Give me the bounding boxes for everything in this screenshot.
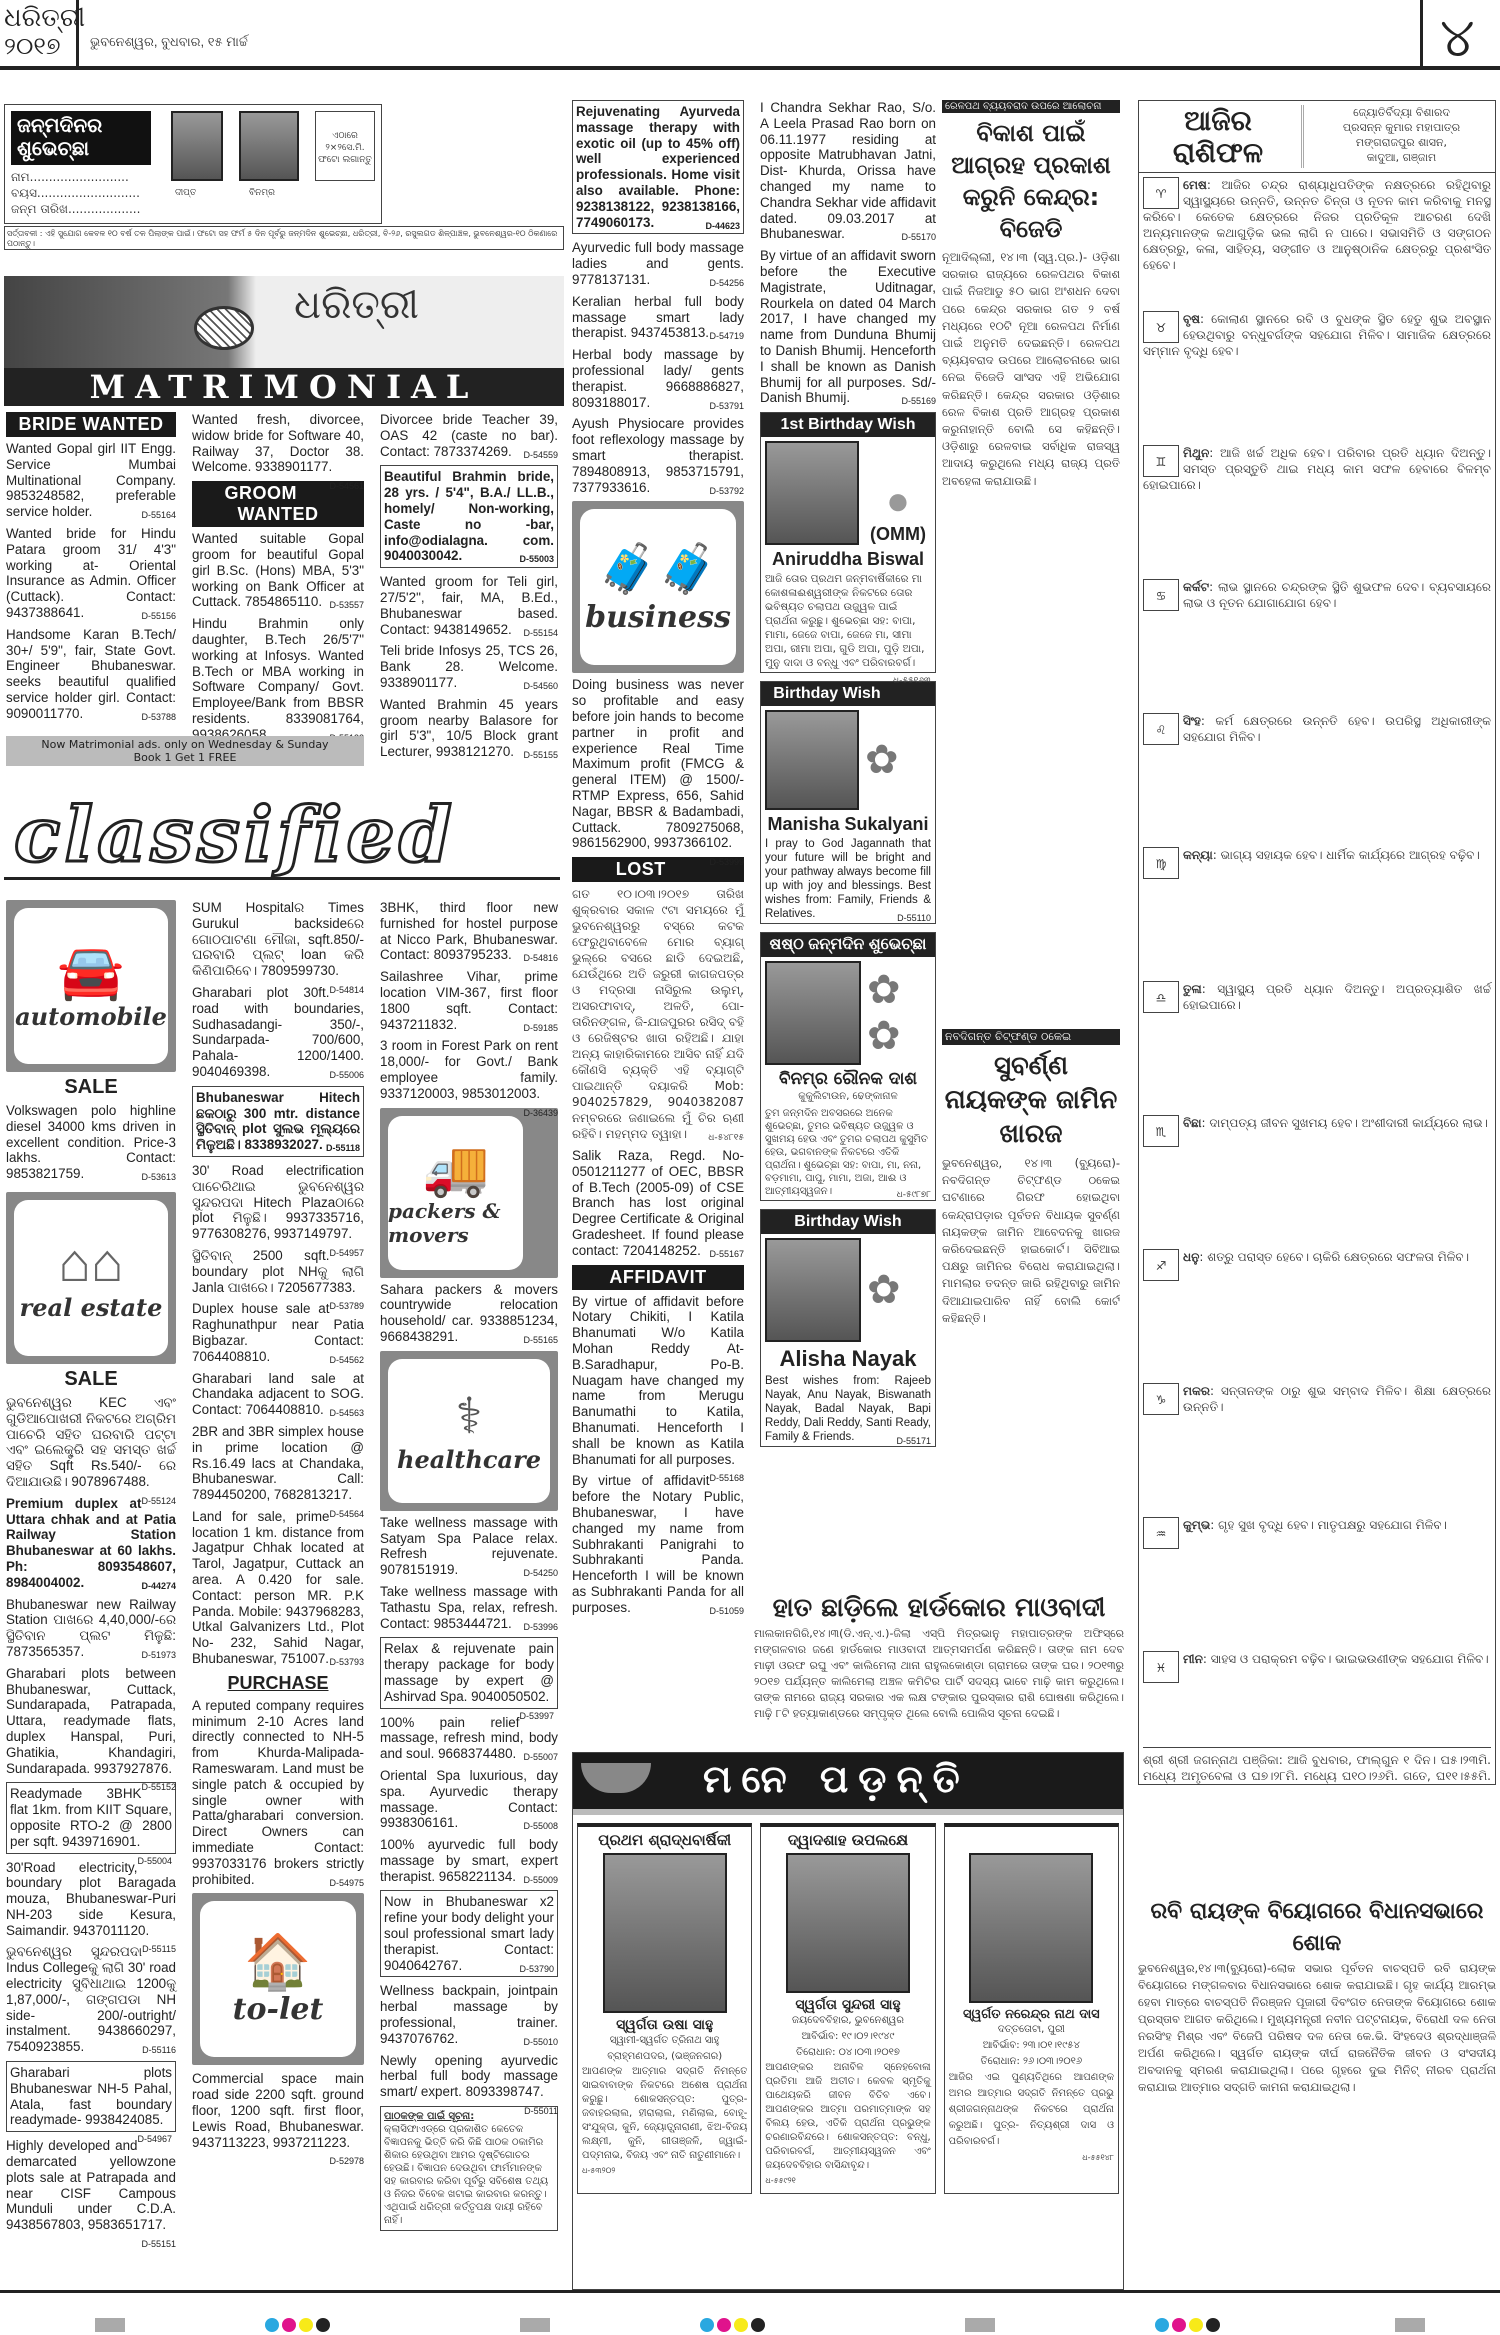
story-headline: ରବି ରାୟଙ୍କ ବିୟୋଗରେ ବିଧାନସଭାରେ ଶୋକ [1138,1896,1496,1960]
horoscope-sign: ♒କୁମ୍ଭ: ଗୃହ ସୁଖ ବୃଦ୍ଧି ହେବ। ମାତୃପକ୍ଷରୁ ସ… [1143,1517,1491,1645]
classified-ad-boxed: Relax & rejuvenate pain therapy package … [380,1637,558,1708]
classified-ad: Wanted Brahmin 45 years groom nearby Bal… [380,697,558,760]
healthcare-card: ⚕ healthcare [380,1351,558,1511]
classified-ad-boxed: Now in Bhubaneswar x2 refine your body d… [380,1890,558,1977]
obituary-card: ସ୍ୱର୍ଗତ ନରେନ୍ଦ୍ର ନାଥ ଦାସ ଦତ୍ତତୋଟା, ପୁରୀ … [944,1823,1119,2194]
classified-ad: Highly developed and demarcated yellowzo… [6,2138,176,2233]
registration-mark [95,2318,125,2332]
horoscope-sign: ♊ମିଥୁନ: ଆଜି ଖର୍ଚ୍ଚ ଅଧିକ ହେବ। ପରିବାର ପ୍ରତ… [1143,445,1491,573]
zodiac-icon: ♑ [1143,1383,1179,1415]
zodiac-icon: ♌ [1143,713,1179,745]
sale-heading: SALE [6,1076,176,1099]
classified-ad: Doing business was never so profitable a… [572,677,744,851]
classified-ad: Wanted bride for Hindu Patara groom 31/ … [6,526,176,621]
dateline: ଭୁବନେଶ୍ୱର, ବୁଧବାର, ୧୫ ମାର୍ଚ୍ଚ [90,34,248,50]
houses-icon: ⌂⌂ [58,1233,123,1293]
classified-ad: 3BHK, third floor new furnished for host… [380,900,558,963]
classified-ad: 2BR and 3BR simplex house in prime locat… [192,1424,364,1503]
zodiac-icon: ♐ [1143,1249,1179,1281]
classified-ad: Sahara packers & movers countrywide relo… [380,1282,558,1345]
classified-ad: Land for sale, prime location 1 km. dist… [192,1509,364,1667]
birthday-form-note: ସର୍ତ୍ତାବଳୀ : ଏହି ସୁଯୋଗ କେବଳ ୧୦ ବର୍ଷ ତଳ ପ… [4,226,564,250]
horoscope-sign: ♓ମୀନ: ସାହସ ଓ ପରାକ୍ରମ ବଢ଼ିବ। ଭାଇଭଉଣୀଙ୍କ ସ… [1143,1651,1491,1741]
news-col: ରେଳପଥ ବ୍ୟୟବରାଦ ଉପରେ ଆଲୋଚନା ବିକାଶ ପାଇଁ ଆଗ… [942,100,1120,1575]
classified-ad: Wanted fresh, divorcee, widow bride for … [192,412,364,475]
story-kicker: ନବଦିଗନ୍ତ ଚିଟ୍‌ଫଣ୍ଡ ଠକେଇ [942,1029,1120,1045]
horoscope-sign: ♈ମେଷ: ଆଜିର ଚନ୍ଦ୍ର ରାଶ୍ୟାଧିପତିଙ୍କ ନକ୍ଷତ୍ର… [1143,177,1491,305]
classified-ad: Divorcee bride Teacher 39, OAS 42 (caste… [380,412,558,459]
classified-ad: Keralian herbal full body massage smart … [572,294,744,341]
wishes-col: I Chandra Sekhar Rao, S/o. A Leela Prasa… [760,100,936,1448]
matrimonial-col-1: BRIDE WANTED Wanted Gopal girl IIT Engg.… [6,412,176,728]
registration-mark [1395,2318,1425,2332]
horoscope-sign: ♍କନ୍ୟା: ଭାଗ୍ୟ ସହାୟକ ହେବ। ଧାର୍ମିକ କାର୍ଯ୍ୟ… [1143,847,1491,975]
classified-ad: Wanted groom for Teli girl, 27/5'2", fai… [380,574,558,637]
cmyk-dots [265,2318,333,2335]
truck-icon: 🚚 [422,1139,489,1199]
horoscope-sign: ♉ବୃଷ: କୋଲାଣ ସ୍ଥାନରେ ରବି ଓ ବୁଧଙ୍କ ସ୍ଥିତ ହ… [1143,311,1491,439]
matrimonial-banner: ଧରିତ୍ରୀ MATRIMONIAL [4,276,564,406]
panjika: ଶ୍ରୀ ଶ୍ରୀ ଜଗନ୍ନାଥ ପଞ୍ଜିକା: ଆଜି ବୁଧବାର, ଫ… [1143,1747,1491,1785]
page-header: ଧରିତ୍ରୀ ୨୦୧୭ ଭୁବନେଶ୍ୱର, ବୁଧବାର, ୧୫ ମାର୍ଚ… [0,0,1500,70]
classified-ad: Take wellness massage with Satyam Spa Pa… [380,1515,558,1578]
reader-notice: ପାଠକଙ୍କ ପାଇଁ ସୂଚନା: କ୍ଲାସିଫାଏଡ୍‌ରେ ପ୍ରକା… [380,2106,558,2231]
form-field-dob[interactable]: ଜନ୍ମ ତାରିଖ................... [11,201,375,217]
zodiac-icon: ♈ [1143,177,1179,209]
obituary-section: ମନେ ପଡ଼ନ୍ତି ପ୍ରଥମ ଶ୍ରାଦ୍ଧବାର୍ଷିକୀ ସ୍ୱର୍ଗ… [572,1752,1124,2290]
birthday-wish-card: Birthday Wish ✿ Alisha Nayak Best wishes… [760,1209,936,1447]
balloon-icon: ● [865,479,931,524]
classified-ad: Herbal body massage by professional lady… [572,347,744,410]
classified-ad: ଭୁବନେଶ୍ୱର ସୁନ୍ଦରପଦା Indus Collegeକୁ ଲାଗି… [6,1944,176,2055]
classified-ad: Ayurvedic full body massage ladies and g… [572,240,744,287]
bride-wanted-header: BRIDE WANTED [6,412,176,437]
classified-ad: Wanted suitable Gopal groom for beautifu… [192,531,364,610]
flower-icon: ✿ [867,1267,901,1313]
cmyk-dots [1155,2318,1223,2335]
sample-photo-1 [171,111,223,181]
memorial-photo [603,1853,727,2013]
packers-card: 🚚 packers & movers [380,1108,558,1278]
zodiac-icon: ♍ [1143,847,1179,879]
zodiac-icon: ♉ [1143,311,1179,343]
automobile-card: 🚘 automobile [6,900,176,1072]
memorial-photo [969,1853,1093,2003]
sale-heading: SALE [6,1368,176,1391]
affidavit-header: AFFIDAVIT [572,1265,744,1290]
bottom-rule [0,2290,1500,2293]
classified-ad: SUM Hospitalର Times Gurukul backsideରେ ଗ… [192,900,364,979]
classified-ad: Commercial space main road side 2200 sqf… [192,2071,364,2150]
zodiac-icon: ♒ [1143,1517,1179,1549]
classified-ad-boxed: Gharabari plots Bhubaneswar NH-5 Pahal, … [6,2061,176,2132]
registration-mark [520,2318,550,2332]
classified-ad: Handsome Karan B.Tech/ 30+/ 5'9", fair, … [6,627,176,722]
zodiac-icon: ♊ [1143,445,1179,477]
classified-ad: Oriental Spa luxurious, day spa. Ayurved… [380,1768,558,1831]
classified-ad: Wanted Gopal girl IIT Engg. Service Mumb… [6,441,176,520]
classified-ad: Wellness backpain, jointpain herbal mass… [380,1983,558,2046]
matrimonial-col-3: Divorcee bride Teacher 39, OAS 42 (caste… [380,412,558,766]
child-photo [765,1238,861,1342]
news-story-maoist: ହାତ ଛାଡ଼ିଲେ ହାର୍ଡକୋର ମାଓବାଦୀ ମାଲକାନଗିରି,… [754,1590,1124,1722]
classified-ad: Gharabari plots between Bhubaneswar, Cut… [6,1666,176,1777]
story-headline: ସୁବର୍ଣ୍ଣ ନାୟକଙ୍କ ଜାମିନ ଖାରଜ [942,1049,1120,1151]
classified-ad: Bhubaneswar new Railway Station ପାଖରେ 4,… [6,1597,176,1660]
story-body: ଭୁବନେଶ୍ୱର,୧୪।୩(ବ୍ୟୁରୋ)-ଲୋକ ସଭାର ପୂର୍ବତନ … [1138,1960,1496,2096]
house-to-let-icon: 🏠 [244,1932,311,1992]
obituary-card: ଦ୍ୱାଦଶାହ ଉପଲକ୍ଷେ ସ୍ୱର୍ଗତା ସୁନ୍ଦରୀ ସାହୁ ଜ… [760,1823,935,2194]
classified-ad-boxed: Beautiful Brahmin bride, 28 yrs. / 5'4",… [380,465,558,568]
classified-ad: By virtue of an affidavit sworn before t… [760,248,936,406]
diya-lamp-icon [581,1763,651,1793]
classified-ad: Take wellness massage with Tathastu Spa,… [380,1584,558,1631]
story-headline: ବିକାଶ ପାଇଁ ଆଗ୍ରହ ପ୍ରକାଶ କରୁନି କେନ୍ଦ୍ର: ବ… [942,117,1120,245]
stethoscope-icon: ⚕ [455,1387,482,1445]
horoscope-sign: ♋କର୍କଟ: ଲାଭ ସ୍ଥାନରେ ଚନ୍ଦ୍ରଙ୍କ ସ୍ଥିତି ଶୁଭ… [1143,579,1491,707]
horoscope-sign: ♐ଧନୁ: ଶତ୍ରୁ ପରାସ୍ତ ହେବେ। ଚାକିରି କ୍ଷେତ୍ରର… [1143,1249,1491,1377]
birthday-form-title: ଜନ୍ମଦିନର ଶୁଭେଚ୍ଛା [11,111,151,165]
classified-ad: I Chandra Sekhar Rao, S/o. A Leela Prasa… [760,100,936,242]
car-icon: 🚘 [57,942,124,1002]
memorial-photo [786,1853,910,1993]
story-body: ନୂଆଦିଲ୍ଲୀ, ୧୪।୩ (ସ୍ୱ.ପ୍ର.)- ଓଡ଼ିଶା ସରକାର… [942,249,1120,1019]
to-let-card: 🏠 to-let [192,1893,364,2065]
horoscope-section: ଆଜିର ରାଶିଫଳ ଜ୍ୟୋତିର୍ବିଦ୍ୟା ବିଶାରଦ ପ୍ରସନ୍… [1138,100,1496,1785]
classified-ad: Teli bride Infosys 25, TCS 26, Bank 28. … [380,643,558,690]
business-card: 🧳🧳 business [572,501,744,673]
sample-photo-2 [239,111,299,181]
obituary-banner: ମନେ ପଡ଼ନ୍ତି [573,1753,1123,1815]
child-photo [765,961,861,1065]
purchase-heading: PURCHASE [192,1673,364,1694]
classified-ad: 3 room in Forest Park on rent 18,000/- f… [380,1038,558,1101]
classified-ad: Hindu Brahmin only daughter, B.Tech 26/5… [192,616,364,742]
news-story-ravi-ray: ରବି ରାୟଙ୍କ ବିୟୋଗରେ ବିଧାନସଭାରେ ଶୋକ ଭୁବନେଶ… [1138,1896,1496,2096]
real-estate-card: ⌂⌂ real estate [6,1192,176,1364]
ads-col-4: Rejuvenating Ayurveda massage therapy wi… [572,100,744,1622]
classified-ad: A reputed company requires minimum 2-10 … [192,1698,364,1888]
story-body: ଭୁବନେଶ୍ୱର, ୧୪।୩ (ବ୍ୟୁରୋ)- ନବଦିଗନ୍ତ ଚିଟ୍‌… [942,1155,1120,1575]
classified-ad: Gharabari plot 30ft. road with boundarie… [192,985,364,1080]
horoscope-sign: ♌ସିଂହ: କର୍ମ କ୍ଷେତ୍ରରେ ଉନ୍ନତି ହେବ। ଉପରିସ୍… [1143,713,1491,841]
zodiac-icon: ♎ [1143,981,1179,1013]
zodiac-icon: ♋ [1143,579,1179,611]
child-photo [765,441,859,545]
cmyk-dots [700,2318,768,2335]
matrimonial-title: MATRIMONIAL [4,368,564,406]
classified-ad-boxed: Bhubaneswar Hitech ଛକଠାରୁ 300 mtr. dista… [192,1086,364,1157]
horoscope-sign: ♎ତୁଳା: ସ୍ୱାସ୍ଥ୍ୟ ପ୍ରତି ଧ୍ୟାନ ଦିଅନ୍ତୁ। ଅପ… [1143,981,1491,1109]
classified-col-1: 🚘 automobile SALE Volkswagen polo highli… [6,900,176,2253]
horoscope-sign: ♑ମକର: ସନ୍ତାନଙ୍କ ଠାରୁ ଶୁଭ ସମ୍ବାଦ ମିଳିବ। ଶ… [1143,1383,1491,1511]
classified-ad: 100% ayurvedic full body massage by smar… [380,1837,558,1884]
page-number: ୪ [1440,6,1475,70]
classified-ad: 30'Road electricity, boundary plot Barag… [6,1860,176,1939]
classified-col-2: SUM Hospitalର Times Gurukul backsideରେ ଗ… [192,900,364,2170]
banner-logo: ଧରିତ୍ରୀ [294,282,419,328]
classified-ad: Salik Raza, Regd. No- 0501211277 of OEC,… [572,1148,744,1259]
horoscope-title: ଆଜିର ରାଶିଫଳ [1143,105,1293,168]
classified-col-3: 3BHK, third floor new furnished for host… [380,900,558,2231]
drum-icon [194,306,254,350]
classified-ad: ଭୁବନେଶ୍ୱର KEC ଏବଂ ଗୁଡିଆପୋଖରୀ ନିକଟରେ ଅଗ୍ର… [6,1395,176,1490]
business-people-icon: 🧳🧳 [598,540,718,600]
flower-icon: ✿✿ [867,967,901,1059]
zodiac-icon: ♏ [1143,1115,1179,1147]
classified-ad: Premium duplex at Uttara chhak and at Pa… [6,1496,176,1591]
horoscope-sign: ♏ବିଛା: ଦାମ୍ପତ୍ୟ ଜୀବନ ସୁଖମୟ ହେବ। ଅଂଶୀଦାରୀ… [1143,1115,1491,1243]
flower-icon: ✿ [865,737,899,783]
story-kicker: ରେଳପଥ ବ୍ୟୟବରାଦ ଉପରେ ଆଲୋଚନା [942,100,1120,113]
obituary-card: ପ୍ରଥମ ଶ୍ରାଦ୍ଧବାର୍ଷିକୀ ସ୍ୱର୍ଗତା ଉଷା ସାହୁ … [577,1823,752,2194]
classified-ad: Gharabari land sale at Chandaka adjacent… [192,1371,364,1418]
matrimonial-col-2: Wanted fresh, divorcee, widow bride for … [192,412,364,749]
classified-ad-boxed: Rejuvenating Ayurveda massage therapy wi… [572,100,744,234]
birthday-wish-card: Birthday Wish ✿ Manisha Sukalyani I pray… [760,681,936,924]
classified-ad: 30' Road electrification ପାଚେରିଥାଇ ଭୁବନେ… [192,1163,364,1242]
birthday-wish-card: ଷଷ୍ଠ ଜନ୍ମଦିନ ଶୁଭେଚ୍ଛା ✿✿ ବିନମ୍ର ରୌନକ ଦାଶ… [760,932,936,1201]
newspaper-logo: ଧରିତ୍ରୀ ୨୦୧୭ [4,4,76,64]
story-headline: ହାତ ଛାଡ଼ିଲେ ହାର୍ଡକୋର ମାଓବାଦୀ [754,1590,1124,1626]
birthday-form: ଜନ୍ମଦିନର ଶୁଭେଚ୍ଛା ନାମ...................… [4,104,382,224]
classified-ad: By virtue of affidavit before the Notary… [572,1473,744,1615]
person-photo [765,710,859,810]
classified-ad: Ayush Physiocare provides foot reflexolo… [572,416,744,495]
photo-placeholder[interactable]: ଏଠାରେ ୨×୨ସେ.ମି. ଫଟୋ ଲଗାନ୍ତୁ [315,111,375,181]
header-divider [76,0,79,70]
classified-ad: Sailashree Vihar, prime location VIM-367… [380,969,558,1032]
story-body: ମାଲକାନଗିରି,୧୪।୩(ଡି.ଏନ୍.ଏ.)-ଜିଲା ଏସ୍‌ପି ମ… [754,1626,1124,1722]
classified-ad: By virtue of affidavit before Notary Chi… [572,1294,744,1468]
birthday-wish-card: 1st Birthday Wish ● (OMM) Aniruddha Bisw… [760,412,936,673]
header-divider [1420,0,1423,70]
zodiac-icon: ♓ [1143,1651,1179,1683]
classified-ad: Volkswagen polo highline diesel 34000 km… [6,1103,176,1182]
matrimonial-footer: Now Matrimonial ads. only on Wednesday &… [6,736,364,766]
classified-banner: classified [4,790,560,880]
lost-notice-odia: ଗତ ୧୦।୦୩।୨୦୧୭ ତାରିଖ ଶୁକ୍ରବାର ସକାଳ ୯ଟା ସମ… [572,886,744,1142]
classified-ad: Newly opening ayurvedic herbal full body… [380,2053,558,2100]
registration-mark [965,2318,995,2332]
